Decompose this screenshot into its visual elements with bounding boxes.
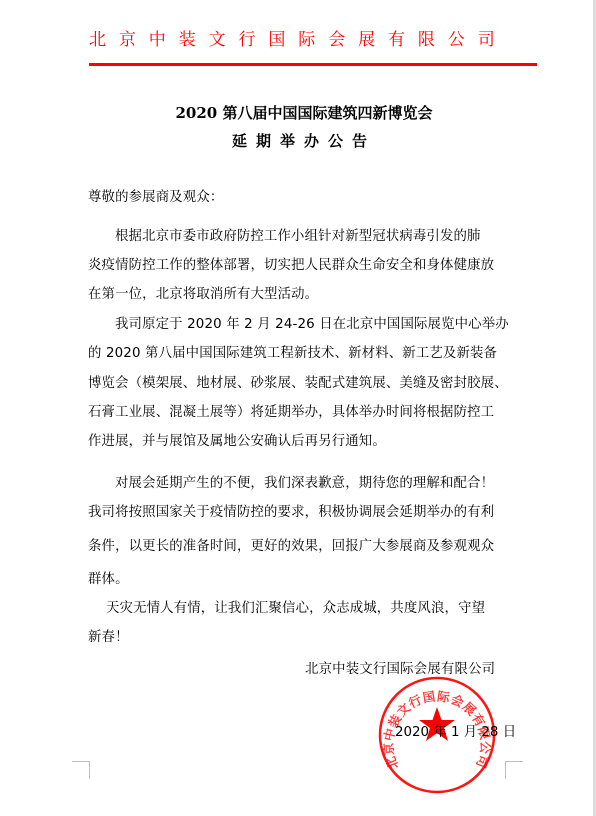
body-line: 我司将按照国家关于疫情防控的要求，积极协调展会延期举办的有利 [88, 504, 494, 522]
greeting: 尊敬的参展商及观众： [88, 189, 223, 207]
document-title: 2020 第八届中国国际建筑四新博览会 [6, 102, 596, 123]
letterhead-rule [89, 63, 537, 66]
body-line: 的 2020 第八届中国国际建筑工程新技术、新材料、新工艺及新装备 [88, 345, 497, 363]
body-line: 天灾无情人有情，让我们汇聚信心，众志成城，共度风浪，守望 [106, 600, 485, 618]
margin-corner-mark [72, 761, 90, 779]
body-line: 作进展，并与展馆及属地公安确认后再另行通知。 [88, 433, 386, 451]
margin-corner-mark [505, 761, 523, 779]
body-line: 新春！ [88, 629, 129, 647]
body-line: 根据北京市委市政府防控工作小组针对新型冠状病毒引发的肺 [115, 228, 481, 246]
body-line: 对展会延期产生的不便，我们深表歉意，期待您的理解和配合！ [115, 475, 494, 493]
body-line: 我司原定于 2020 年 2 月 24-26 日在北京中国国际展览中心举办 [115, 316, 509, 334]
body-line: 在第一位，北京将取消所有大型活动。 [88, 286, 318, 304]
body-line: 博览会（模架展、地材展、砂浆展、装配式建筑展、美缝及密封胶展、 [88, 375, 508, 393]
signature-date: 2020 年 1 月 28 日 [395, 724, 516, 742]
body-line: 炎疫情防控工作的整体部署，切实把人民群众生命安全和身体健康放 [88, 257, 494, 275]
document-subtitle: 延期举办公告 [6, 130, 596, 151]
letterhead-company-name: 北京中装文行国际会展有限公司 [89, 28, 549, 52]
body-line: 群体。 [88, 571, 129, 589]
body-line: 条件，以更长的准备时间，更好的效果，回报广大参展商及参观观众 [88, 538, 494, 556]
body-line: 石膏工业展、混凝土展等）将延期举办，具体举办时间将根据防控工 [88, 404, 494, 422]
